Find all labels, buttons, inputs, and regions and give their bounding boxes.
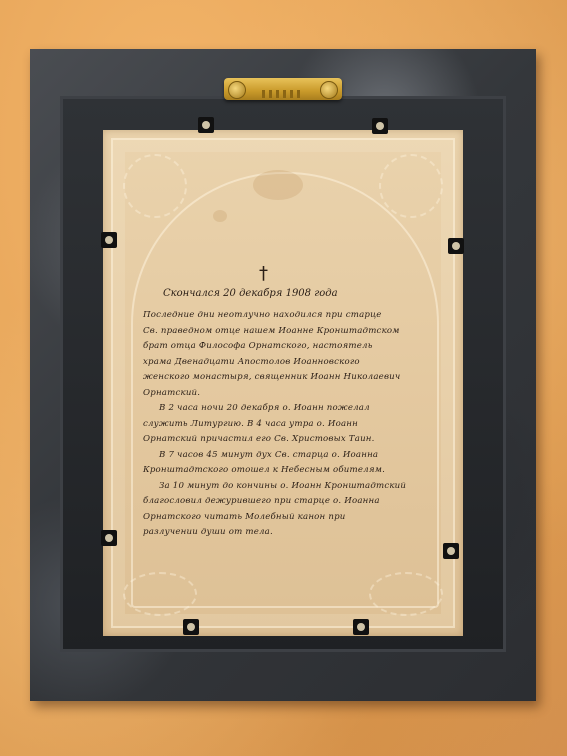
text-line: храма Двенадцати Апостолов Иоанновского [143,355,433,371]
retaining-clip [353,619,369,635]
retaining-clip [101,530,117,546]
stain [213,210,227,222]
text-line: разлучении души от тела. [143,525,433,541]
retaining-clip [198,117,214,133]
retaining-clip [101,232,117,248]
retaining-clip [183,619,199,635]
text-line: Кронштадтского отошел к Небесным обителя… [143,463,433,479]
text-line: Орнатский причастил его Св. Христовых Та… [143,432,433,448]
ornament-bottom-right [369,572,443,616]
text-line: За 10 минут до кончины о. Иоанн Кронштад… [143,479,433,495]
ornament-bottom-left [123,572,197,616]
text-line: служить Литургию. В 4 часа утра о. Иоанн [143,417,433,433]
sawtooth-hanger [224,78,342,100]
text-line: Орнатский. [143,386,433,402]
screw-icon [228,81,246,99]
retaining-clip [372,118,388,134]
text-line: Св. праведном отце нашем Иоанне Кронштад… [143,324,433,340]
text-line: брат отца Философа Орнатского, настоятел… [143,339,433,355]
stain [253,170,303,200]
hanger-teeth [262,90,304,98]
retaining-clip [443,543,459,559]
cross-symbol: † [259,263,268,284]
screw-icon [320,81,338,99]
text-line: Последние дни неотлучно находился при ст… [143,308,433,324]
text-line: В 7 часов 45 минут дух Св. старца о. Иоа… [143,448,433,464]
text-line: женского монастыря, священник Иоанн Нико… [143,370,433,386]
ornament-right [379,154,443,218]
document-heading: Скончался 20 декабря 1908 года [163,288,338,299]
text-line: благословил дежурившего при старце о. Ио… [143,494,433,510]
handwritten-document: † Скончался 20 декабря 1908 года Последн… [103,130,463,636]
document-body: Последние дни неотлучно находился при ст… [143,308,433,541]
retaining-clip [448,238,464,254]
ornament-left [123,154,187,218]
text-line: Орнатского читать Молебный канон при [143,510,433,526]
text-line: В 2 часа ночи 20 декабря о. Иоанн пожела… [143,401,433,417]
